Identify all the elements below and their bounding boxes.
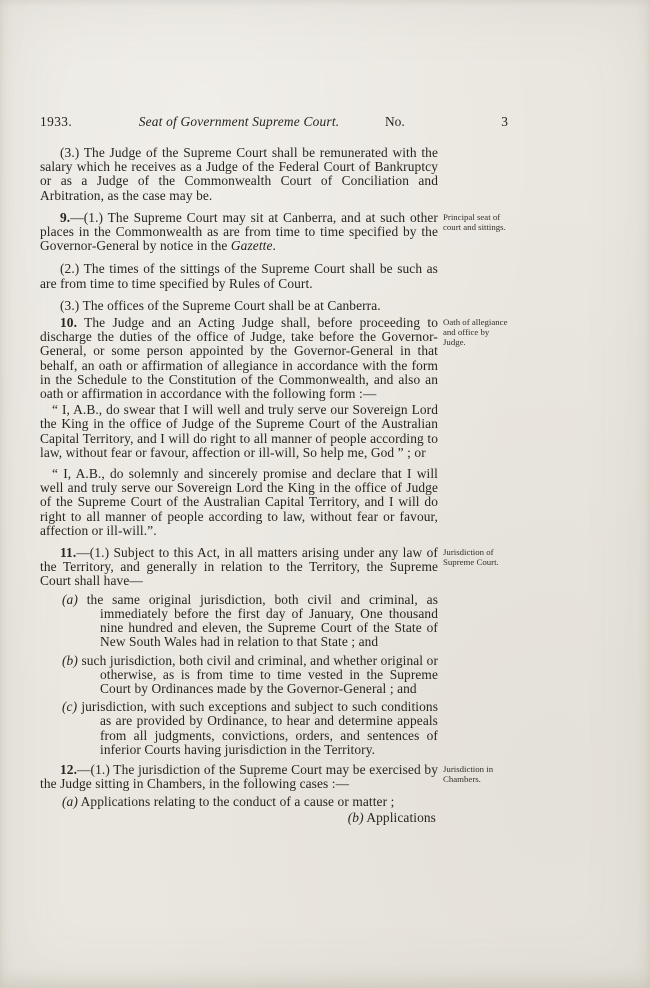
section-9-subsection-3: (3.) The offices of the Supreme Court sh… [40,299,438,313]
margin-note-jurisdiction-supreme-court: Jurisdiction of Supreme Court. [443,547,509,567]
section-9-subsection-2: (2.) The times of the sittings of the Su… [40,262,438,290]
section-12-number: 12. [60,762,77,777]
catchword-letter: (b) [348,810,364,825]
section-9: 9.—(1.) The Supreme Court may sit at Can… [40,211,438,254]
section-10-text: The Judge and an Acting Judge shall, bef… [40,315,438,401]
document-page: 1933. Seat of Government Supreme Court. … [0,0,650,988]
oath-second-form: “ I, A.B., do solemnly and sincerely pro… [40,467,438,538]
item-c-letter: (c) [62,699,77,714]
section-11-number: 11. [60,545,76,560]
section-11-item-c: (c) jurisdiction, with such exceptions a… [40,700,438,757]
section-11-item-a: (a) the same original jurisdiction, both… [40,593,438,650]
section-11: 11.—(1.) Subject to this Act, in all mat… [40,546,438,589]
margin-note-jurisdiction-chambers: Jurisdiction in Chambers. [443,764,509,784]
item-a-text: the same original jurisdiction, both civ… [87,592,438,650]
item-12a-text: Applications relating to the conduct of … [81,794,395,809]
catchword-text: Applications [366,810,436,825]
item-c-text: jurisdiction, with such exceptions and s… [81,699,438,757]
section-9-number: 9. [60,210,70,225]
section-9-tail: . [273,238,276,253]
section-10-number: 10. [60,315,77,330]
subsection-3-remuneration: (3.) The Judge of the Supreme Court shal… [40,146,438,203]
section-12-item-a: (a) Applications relating to the conduct… [40,795,438,809]
section-11-text: —(1.) Subject to this Act, in all matter… [40,545,438,588]
catchword: (b) Applications [40,811,438,825]
section-11-item-b: (b) such jurisdiction, both civil and cr… [40,654,438,697]
page-header: 1933. Seat of Government Supreme Court. … [40,114,508,132]
header-no-label: No. [385,114,405,130]
margin-note-oath: Oath of allegiance and office by Judge. [443,317,509,348]
item-12a-letter: (a) [62,794,78,809]
section-9-gazette-cite: Gazette [231,238,273,253]
running-title: Seat of Government Supreme Court. [40,114,438,130]
item-b-letter: (b) [62,653,78,668]
section-12-text: —(1.) The jurisdiction of the Supreme Co… [40,762,438,791]
item-b-text: such jurisdiction, both civil and crimin… [81,653,438,696]
item-a-letter: (a) [62,592,78,607]
oath-first-form: “ I, A.B., do swear that I will well and… [40,403,438,460]
body-column: (3.) The Judge of the Supreme Court shal… [40,146,438,825]
page-number: 3 [501,114,508,130]
section-12: 12.—(1.) The jurisdiction of the Supreme… [40,763,438,791]
section-10: 10. The Judge and an Acting Judge shall,… [40,316,438,401]
margin-note-principal-seat: Principal seat of court and sittings. [443,212,509,232]
